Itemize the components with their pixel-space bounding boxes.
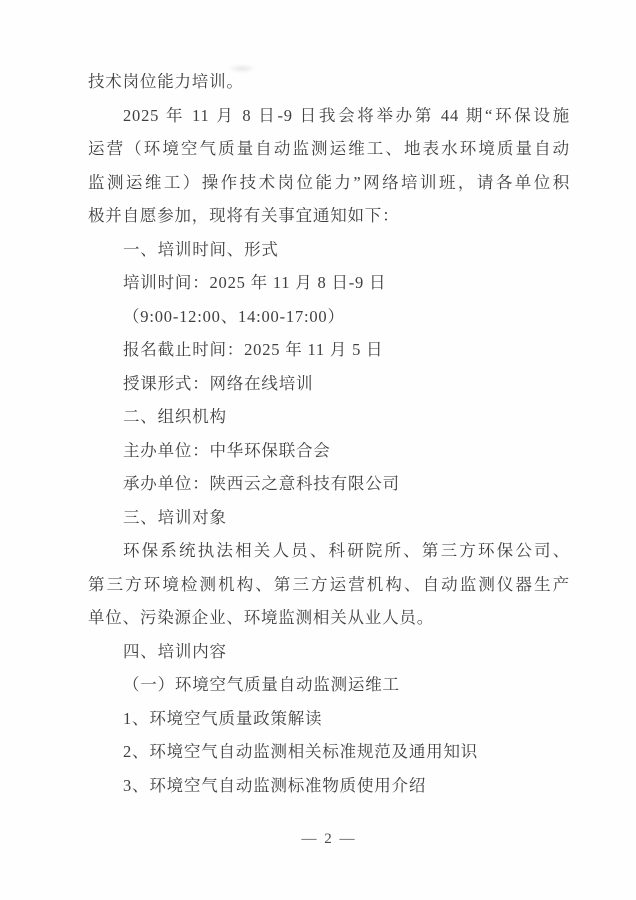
co-organizer-line: 承办单位：陕西云之意科技有限公司	[88, 467, 570, 501]
deadline-line: 报名截止时间：2025 年 11 月 5 日	[88, 333, 570, 367]
paragraph-line: 单位、污染源企业、环境监测相关从业人员。	[88, 601, 570, 635]
document-body: 技术岗位能力培训。 2025 年 11 月 8 日-9 日我会将举办第 44 期…	[88, 65, 570, 857]
format-line: 授课形式：网络在线培训	[88, 367, 570, 401]
paragraph-line: 第三方环境检测机构、第三方运营机构、自动监测仪器生产	[88, 568, 570, 602]
list-item: 3、环境空气自动监测标准物质使用介绍	[88, 769, 570, 803]
training-hours-line: （9:00-12:00、14:00-17:00）	[88, 300, 570, 334]
paragraph-line: 环保系统执法相关人员、科研院所、第三方环保公司、	[88, 534, 570, 568]
paragraph-line: 极并自愿参加，现将有关事宜通知如下：	[88, 199, 570, 233]
subsection-heading: （一）环境空气质量自动监测运维工	[88, 668, 570, 702]
list-item: 2、环境空气自动监测相关标准规范及通用知识	[88, 735, 570, 769]
section-heading-3: 三、培训对象	[88, 501, 570, 535]
paragraph-line: 监测运维工）操作技术岗位能力”网络培训班，请各单位积	[88, 166, 570, 200]
page-number: — 2 —	[88, 823, 570, 857]
organizer-line: 主办单位：中华环保联合会	[88, 434, 570, 468]
section-heading-2: 二、组织机构	[88, 400, 570, 434]
section-heading-1: 一、培训时间、形式	[88, 233, 570, 267]
paragraph-line: 运营（环境空气质量自动监测运维工、地表水环境质量自动	[88, 132, 570, 166]
section-heading-4: 四、培训内容	[88, 635, 570, 669]
paragraph-continuation: 技术岗位能力培训。	[88, 65, 570, 99]
training-time-line: 培训时间：2025 年 11 月 8 日-9 日	[88, 266, 570, 300]
paragraph-line: 2025 年 11 月 8 日-9 日我会将举办第 44 期“环保设施	[88, 99, 570, 133]
document-page: 技术岗位能力培训。 2025 年 11 月 8 日-9 日我会将举办第 44 期…	[0, 0, 636, 900]
list-item: 1、环境空气质量政策解读	[88, 702, 570, 736]
